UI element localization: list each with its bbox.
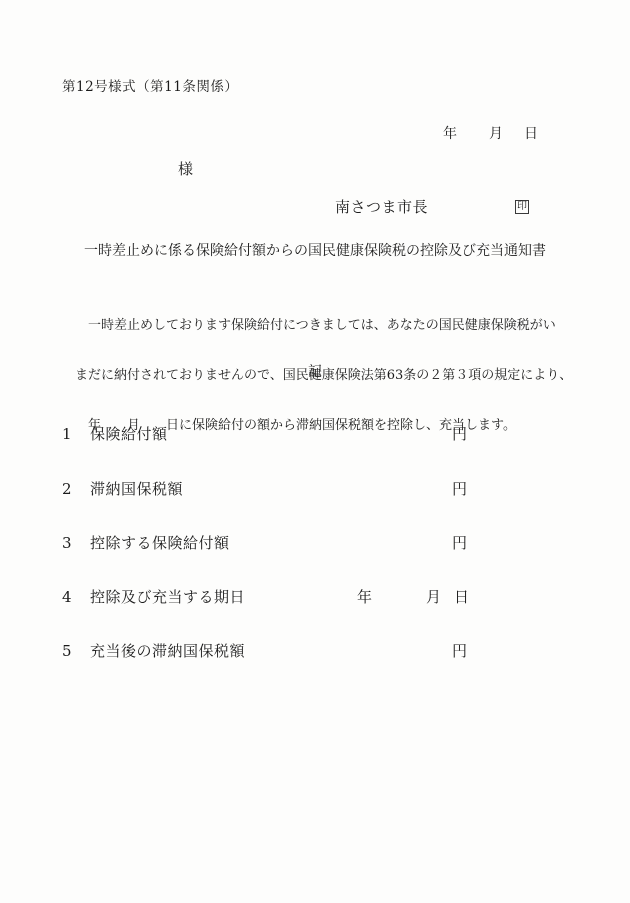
seal-mark: 印 [515,200,529,214]
list-heading: 記 [0,364,630,380]
item-label: 充当後の滞納国保税額 [90,643,245,660]
issue-date-year-label: 年 [443,126,457,142]
sender-line: 南さつま市長 印 [0,199,630,219]
item-unit-yen: 円 [452,481,467,498]
item-unit-yen: 円 [452,643,467,660]
item-number: 4 [62,589,72,606]
list-item-deduction-date: 4 控除及び充当する期日 年 月 日 [0,589,630,609]
form-number: 第12号様式（第11条関係） [62,80,238,96]
item-label: 控除する保険給付額 [90,535,230,552]
item-label: 保険給付額 [90,426,168,443]
issue-date-line: 年 月 日 [0,126,630,144]
list-item-benefit-amount: 1 保険給付額 円 [0,426,630,446]
notice-document-page: 第12号様式（第11条関係） 年 月 日 様 南さつま市長 印 一時差止めに係る… [0,0,630,903]
item-number: 3 [62,535,72,552]
issue-date-day-label: 日 [524,126,538,142]
item-unit-yen: 円 [452,426,467,443]
document-title: 一時差止めに係る保険給付額からの国民健康保険税の控除及び充当通知書 [0,243,630,259]
item-number: 1 [62,426,72,443]
item-label: 滞納国保税額 [90,481,183,498]
list-item-remaining-tax-amount: 5 充当後の滞納国保税額 円 [0,643,630,663]
item-number: 5 [62,643,72,660]
addressee-honorific: 様 [178,161,193,178]
item-month-label: 月 [426,589,441,606]
sender-name: 南さつま市長 [335,199,428,216]
item-number: 2 [62,481,72,498]
list-item-delinquent-tax-amount: 2 滞納国保税額 円 [0,481,630,501]
body-line-1: 一時差止めしております保険給付につきましては、あなたの国民健康保険税がい [75,318,565,335]
item-unit-yen: 円 [452,535,467,552]
item-day-label: 日 [454,589,469,606]
issue-date-month-label: 月 [489,126,503,142]
list-item-deducted-benefit-amount: 3 控除する保険給付額 円 [0,535,630,555]
item-label: 控除及び充当する期日 [90,589,245,606]
item-year-label: 年 [357,589,372,606]
